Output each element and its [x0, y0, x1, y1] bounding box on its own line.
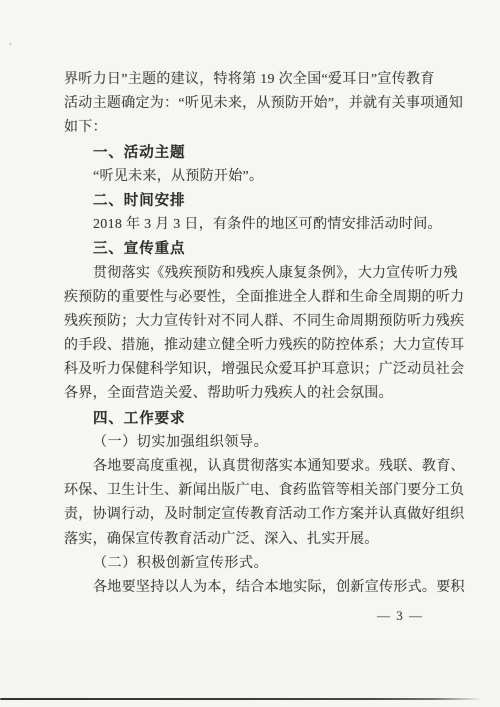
document-body: 界听力日”主题的建议，特将第 19 次全国“爱耳日”宣传教育活动主题确定为：“听… [64, 68, 466, 600]
document-line: 三、宣传重点 [64, 237, 466, 261]
document-line: 责，协调行动，及时制定宣传教育活动工作方案并认真做好组织 [64, 503, 466, 527]
scanner-edge-artifact [0, 698, 483, 700]
document-line: 如下： [64, 116, 466, 140]
document-line: 活动主题确定为：“听见未来，从预防开始”，并就有关事项通知 [64, 92, 466, 116]
document-line: （一）切实加强组织领导。 [64, 431, 466, 455]
document-line: 2018 年 3 月 3 日，有条件的地区可酌情安排活动时间。 [64, 213, 466, 237]
document-line: 各界，全面营造关爱、帮助听力残疾人的社会氛围。 [64, 382, 466, 406]
document-line: 各地要高度重视，认真贯彻落实本通知要求。残联、教育、 [64, 455, 466, 479]
document-line: 科及听力保健科学知识，增强民众爱耳护耳意识；广泛动员社会 [64, 358, 466, 382]
page-number: — 3 — [377, 606, 424, 626]
document-line: 的手段、措施，推动建立健全听力残疾的防控体系；大力宣传耳 [64, 334, 466, 358]
document-line: 环保、卫生计生、新闻出版广电、食药监管等相关部门要分工负 [64, 479, 466, 503]
document-line: （二）积极创新宣传形式。 [64, 552, 466, 576]
document-line: 一、活动主题 [64, 141, 466, 165]
document-line: 残疾预防；大力宣传针对不同人群、不同生命周期预防听力残疾 [64, 310, 466, 334]
scanned-document-page: 界听力日”主题的建议，特将第 19 次全国“爱耳日”宣传教育活动主题确定为：“听… [0, 0, 500, 707]
document-line: 贯彻落实《残疾预防和残疾人康复条例》，大力宣传听力残 [64, 262, 466, 286]
document-line: 疾预防的重要性与必要性，全面推进全人群和生命全周期的听力 [64, 286, 466, 310]
document-line: 各地要坚持以人为本，结合本地实际，创新宣传形式。要积 [64, 576, 466, 600]
document-line: 二、时间安排 [64, 189, 466, 213]
scan-speck-artifact [9, 42, 13, 45]
document-line: 界听力日”主题的建议，特将第 19 次全国“爱耳日”宣传教育 [64, 68, 466, 92]
document-line: “听见未来，从预防开始”。 [64, 165, 466, 189]
document-line: 落实，确保宣传教育活动广泛、深入、扎实开展。 [64, 528, 466, 552]
document-line: 四、工作要求 [64, 407, 466, 431]
